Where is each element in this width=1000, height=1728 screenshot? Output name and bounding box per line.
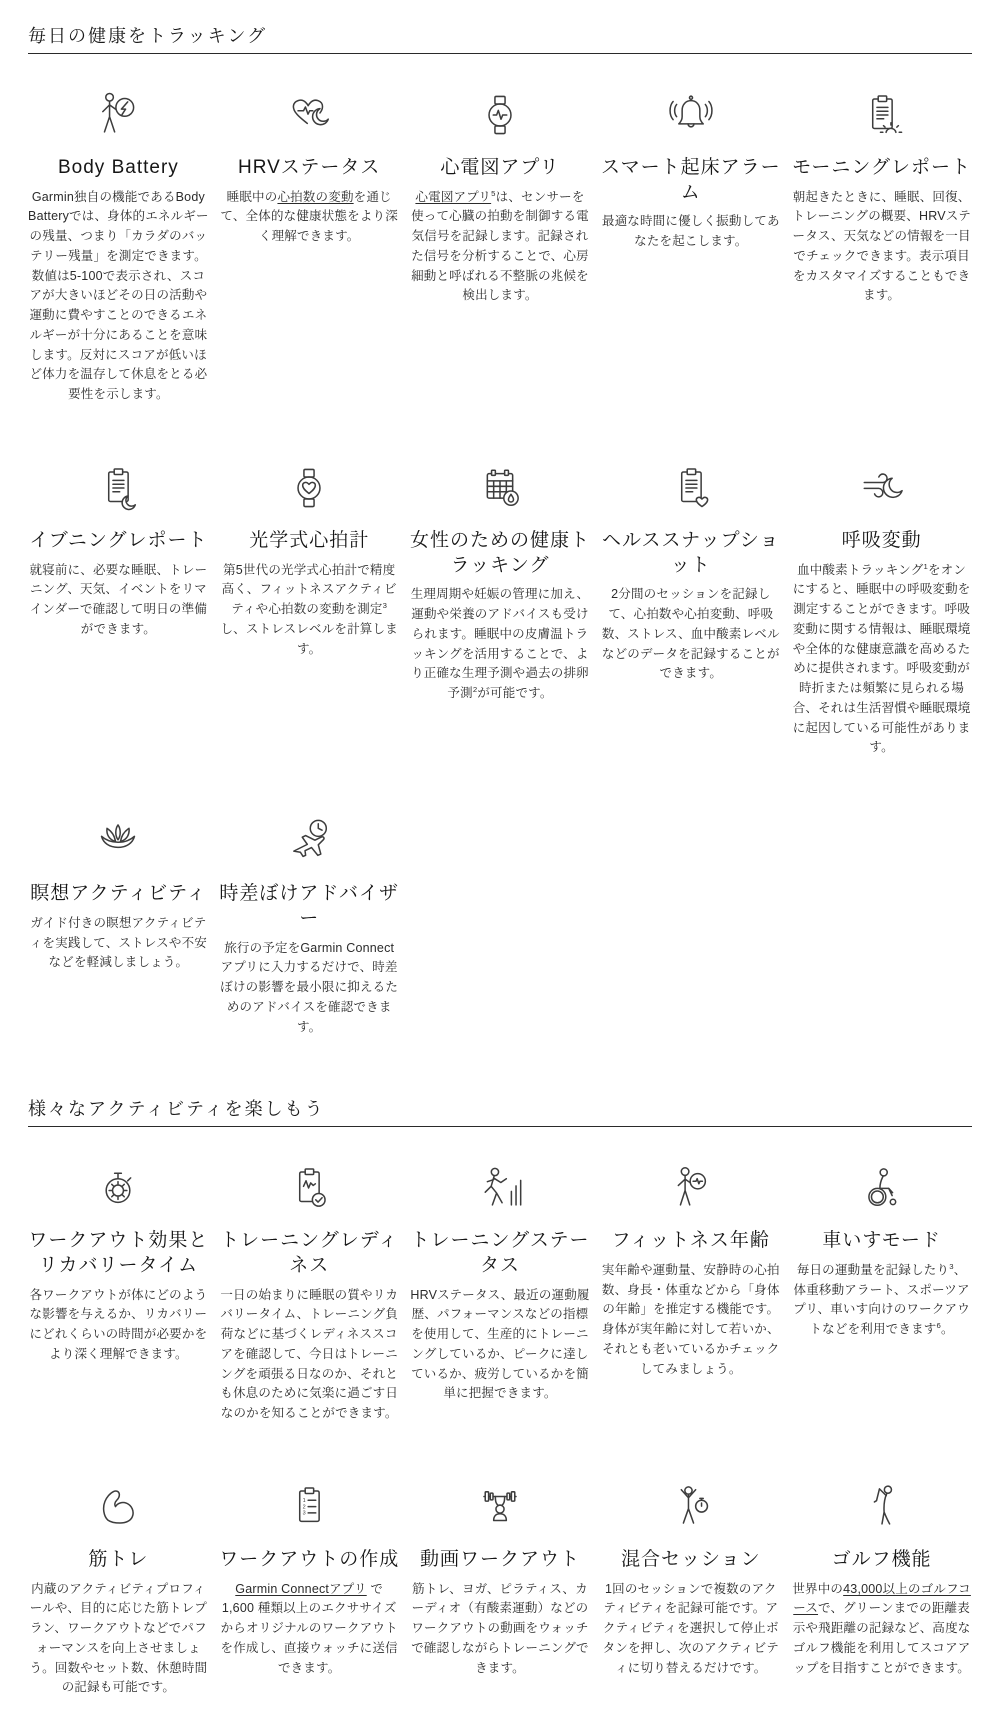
- feature-title: 筋トレ: [88, 1548, 148, 1573]
- training-readiness-icon: [282, 1157, 336, 1215]
- card-workout-effect: ワークアウト効果とリカバリータイム 各ワークアウトが体にどのような影響を与えるか…: [28, 1157, 209, 1424]
- feature-description: 睡眠中の心拍数の変動を通じて、全体的な健康状態をより深く理解できます。: [219, 188, 400, 247]
- respiration-variation-icon: [855, 457, 909, 515]
- womens-health-icon: [473, 457, 527, 515]
- feature-title: 動画ワークアウト: [420, 1548, 580, 1573]
- daily-health-grid: Body Battery Garmin独自の機能であるBody Batteryで…: [28, 84, 972, 1037]
- feature-description: 毎日の運動量を記録したり3、体重移動アラート、スポーツアプリ、車いす向けのワーク…: [791, 1261, 972, 1340]
- video-workout-icon: [473, 1476, 527, 1534]
- card-ecg-app: 心電図アプリ 心電図アプリ5は、センサーを使って心臓の拍動を制御する電気信号を記…: [410, 84, 591, 405]
- card-meditation: 瞑想アクティビティ ガイド付きの瞑想アクティビティを実践して、ストレスや不安など…: [28, 810, 209, 1037]
- fitness-age-icon: [664, 1157, 718, 1215]
- card-respiration-variation: 呼吸変動 血中酸素トラッキング1をオンにすると、睡眠中の呼吸変動を測定することが…: [791, 457, 972, 758]
- mixed-session-icon: [664, 1476, 718, 1534]
- card-training-readiness: トレーニングレディネス 一日の始まりに睡眠の質やリカバリータイム、トレーニング負…: [219, 1157, 400, 1424]
- card-optical-hr: 光学式心拍計 第5世代の光学式心拍計で精度高く、フィットネスアクティビティや心拍…: [219, 457, 400, 758]
- inline-link[interactable]: Garmin Connectアプリ: [235, 1582, 366, 1596]
- feature-description: 心電図アプリ5は、センサーを使って心臓の拍動を制御する電気信号を記録します。記録…: [410, 188, 591, 307]
- card-smart-wake-alarm: スマート起床アラーム 最適な時間に優しく振動してあなたを起こします。: [600, 84, 781, 405]
- feature-title: トレーニングレディネス: [219, 1229, 400, 1278]
- card-training-status: トレーニングステータス HRVステータス、最近の運動履歴、パフォーマンスなどの指…: [410, 1157, 591, 1424]
- feature-description: 一日の始まりに睡眠の質やリカバリータイム、トレーニング負荷などに基づくレディネス…: [219, 1286, 400, 1424]
- svg-text:3: 3: [303, 1510, 306, 1516]
- ecg-app-icon: [473, 84, 527, 142]
- card-evening-report: イブニングレポート 就寝前に、必要な睡眠、トレーニング、天気、イベントをリマイン…: [28, 457, 209, 758]
- feature-title: ゴルフ機能: [832, 1548, 932, 1573]
- feature-title: スマート起床アラーム: [600, 156, 781, 205]
- feature-description: 血中酸素トラッキング1をオンにすると、睡眠中の呼吸変動を測定することができます。…: [791, 561, 972, 759]
- inline-link[interactable]: 心拍数の変動: [277, 190, 353, 204]
- feature-title: モーニングレポート: [792, 156, 971, 181]
- morning-report-icon: [855, 84, 909, 142]
- card-mixed-session: 混合セッション 1回のセッションで複数のアクティビティを記録可能です。アクティビ…: [600, 1476, 781, 1698]
- feature-description: 各ワークアウトが体にどのような影響を与えるか、リカバリーにどれくらいの時間が必要…: [28, 1286, 209, 1365]
- wheelchair-mode-icon: [855, 1157, 909, 1215]
- feature-title: Body Battery: [58, 156, 179, 181]
- page: 毎日の健康をトラッキング Body Battery Garmin独自の機能である…: [0, 0, 1000, 1728]
- feature-title: 女性のための健康トラッキング: [410, 529, 591, 578]
- jetlag-adviser-icon: [282, 810, 336, 868]
- card-body-battery: Body Battery Garmin独自の機能であるBody Batteryで…: [28, 84, 209, 405]
- feature-title: 心電図アプリ: [440, 156, 559, 181]
- feature-description: 内蔵のアクティビティプロフィールや、目的に応じた筋トレプラン、ワークアウトなどで…: [28, 1580, 209, 1699]
- health-snapshot-icon: [664, 457, 718, 515]
- card-workout-creation: 1 2 3 ワークアウトの作成 Garmin Connectアプリ で 1,60…: [219, 1476, 400, 1698]
- card-morning-report: モーニングレポート 朝起きたときに、睡眠、回復、トレーニングの概要、HRVステー…: [791, 84, 972, 405]
- card-womens-health: 女性のための健康トラッキング 生理周期や妊娠の管理に加え、運動や栄養のアドバイス…: [410, 457, 591, 758]
- feature-title: フィットネス年齢: [612, 1229, 770, 1254]
- hrv-status-icon: [282, 84, 336, 142]
- feature-description: 1回のセッションで複数のアクティビティを記録可能です。アクティビティを選択して停…: [600, 1580, 781, 1679]
- card-video-workout: 動画ワークアウト 筋トレ、ヨガ、ピラティス、カーディオ（有酸素運動）などのワーク…: [410, 1476, 591, 1698]
- svg-text:2: 2: [303, 1504, 306, 1510]
- feature-description: 朝起きたときに、睡眠、回復、トレーニングの概要、HRVステータス、天気などの情報…: [791, 188, 972, 307]
- feature-title: イブニングレポート: [29, 529, 207, 554]
- section-daily-health: 毎日の健康をトラッキング Body Battery Garmin独自の機能である…: [28, 22, 972, 1037]
- feature-title: 混合セッション: [621, 1548, 761, 1573]
- optical-hr-icon: [282, 457, 336, 515]
- feature-description: HRVステータス、最近の運動履歴、パフォーマンスなどの指標を使用して、生産的にト…: [410, 1286, 591, 1405]
- feature-description: 最適な時間に優しく振動してあなたを起こします。: [600, 212, 781, 252]
- feature-description: 実年齢や運動量、安静時の心拍数、身長・体重などから「身体の年齢」を推定する機能で…: [600, 1261, 781, 1380]
- evening-report-icon: [91, 457, 145, 515]
- feature-description: 第5世代の光学式心拍計で精度高く、フィットネスアクティビティや心拍数の変動を測定…: [219, 561, 400, 660]
- feature-description: 2分間のセッションを記録して、心拍数や心拍変動、呼吸数、ストレス、血中酸素レベル…: [600, 585, 781, 684]
- feature-title: 時差ぼけアドバイザー: [219, 882, 400, 931]
- feature-description: Garmin Connectアプリ で 1,600 種類以上のエクササイズからオ…: [219, 1580, 400, 1679]
- feature-title: ワークアウトの作成: [219, 1548, 399, 1573]
- card-jetlag-adviser: 時差ぼけアドバイザー 旅行の予定をGarmin Connectアプリに入力するだ…: [219, 810, 400, 1037]
- section-activities: 様々なアクティビティを楽しもう ワークアウト効果とリカバリータイム 各ワークアウ…: [28, 1095, 972, 1698]
- inline-link[interactable]: 心電図アプリ: [415, 190, 491, 204]
- feature-description: 世界中の43,000以上のゴルフコースで、グリーンまでの距離表示や飛距離の記録な…: [791, 1580, 972, 1679]
- feature-description: Garmin独自の機能であるBody Batteryでは、身体的エネルギーの残量…: [28, 188, 209, 405]
- card-hrv-status: HRVステータス 睡眠中の心拍数の変動を通じて、全体的な健康状態をより深く理解で…: [219, 84, 400, 405]
- feature-title: ワークアウト効果とリカバリータイム: [28, 1229, 209, 1278]
- body-battery-icon: [91, 84, 145, 142]
- card-fitness-age: フィットネス年齢 実年齢や運動量、安静時の心拍数、身長・体重などから「身体の年齢…: [600, 1157, 781, 1424]
- workout-effect-icon: [91, 1157, 145, 1215]
- feature-title: HRVステータス: [238, 156, 380, 181]
- feature-title: 瞑想アクティビティ: [30, 882, 206, 907]
- training-status-icon: [473, 1157, 527, 1215]
- workout-creation-icon: 1 2 3: [282, 1476, 336, 1534]
- card-strength-training: 筋トレ 内蔵のアクティビティプロフィールや、目的に応じた筋トレプラン、ワークアウ…: [28, 1476, 209, 1698]
- feature-title: 車いすモード: [822, 1229, 940, 1254]
- feature-title: 光学式心拍計: [249, 529, 369, 554]
- feature-title: トレーニングステータス: [410, 1229, 591, 1278]
- strength-training-icon: [91, 1476, 145, 1534]
- feature-description: 旅行の予定をGarmin Connectアプリに入力するだけで、時差ぼけの影響を…: [219, 939, 400, 1038]
- card-health-snapshot: ヘルススナップショット 2分間のセッションを記録して、心拍数や心拍変動、呼吸数、…: [600, 457, 781, 758]
- feature-description: ガイド付きの瞑想アクティビティを実践して、ストレスや不安などを軽減しましょう。: [28, 914, 209, 973]
- feature-description: 筋トレ、ヨガ、ピラティス、カーディオ（有酸素運動）などのワークアウトの動画をウォ…: [410, 1580, 591, 1679]
- svg-text:1: 1: [303, 1498, 306, 1504]
- smart-wake-alarm-icon: [664, 84, 718, 142]
- card-wheelchair-mode: 車いすモード 毎日の運動量を記録したり3、体重移動アラート、スポーツアプリ、車い…: [791, 1157, 972, 1424]
- meditation-icon: [91, 810, 145, 868]
- section-heading-daily-health: 毎日の健康をトラッキング: [28, 22, 972, 54]
- feature-title: ヘルススナップショット: [600, 529, 781, 578]
- section-heading-activities: 様々なアクティビティを楽しもう: [28, 1095, 972, 1127]
- feature-title: 呼吸変動: [842, 529, 922, 554]
- feature-description: 生理周期や妊娠の管理に加え、運動や栄養のアドバイスも受けられます。睡眠中の皮膚温…: [410, 585, 591, 704]
- card-golf-features: ゴルフ機能 世界中の43,000以上のゴルフコースで、グリーンまでの距離表示や飛…: [791, 1476, 972, 1698]
- activities-grid: ワークアウト効果とリカバリータイム 各ワークアウトが体にどのような影響を与えるか…: [28, 1157, 972, 1698]
- feature-description: 就寝前に、必要な睡眠、トレーニング、天気、イベントをリマインダーで確認して明日の…: [28, 561, 209, 640]
- golf-features-icon: [855, 1476, 909, 1534]
